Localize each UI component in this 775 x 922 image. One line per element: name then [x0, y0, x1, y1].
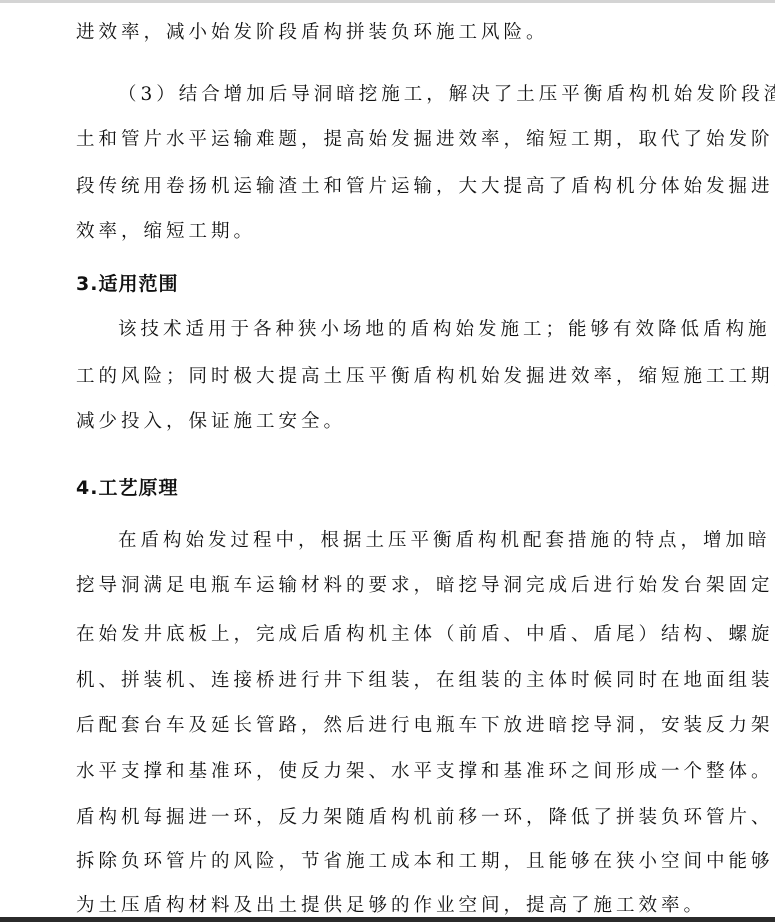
paragraph-line: 在始发井底板上，完成后盾构机主体（前盾、中盾、盾尾）结构、螺旋: [76, 623, 716, 647]
paragraph-line: 进效率，减小始发阶段盾构拼装负环施工风险。: [76, 21, 716, 45]
paragraph-line: 为土压盾构材料及出土提供足够的作业空间，提高了施工效率。: [76, 894, 716, 918]
paragraph-line: 后配套台车及延长管路，然后进行电瓶车下放进暗挖导洞，安装反力架: [76, 714, 716, 738]
paragraph-line: 土和管片水平运输难题，提高始发掘进效率，缩短工期，取代了始发阶: [76, 128, 716, 152]
viewer-bottom-bar: [0, 917, 775, 922]
paragraph-line: 减少投入，保证施工安全。: [76, 410, 716, 434]
section-heading-scope: 3.适用范围: [76, 272, 178, 296]
paragraph-line: 盾构机每掘进一环，反力架随盾构机前移一环，降低了拼装负环管片、: [76, 806, 716, 830]
top-border: [0, 0, 775, 3]
paragraph-line: 效率，缩短工期。: [76, 220, 716, 244]
paragraph-line: （3）结合增加后导洞暗挖施工，解决了土压平衡盾构机始发阶段渣: [118, 83, 758, 107]
paragraph-line: 拆除负环管片的风险，节省施工成本和工期，且能够在狭小空间中能够: [76, 850, 716, 874]
paragraph-line: 挖导洞满足电瓶车运输材料的要求，暗挖导洞完成后进行始发台架固定: [76, 574, 716, 598]
paragraph-line: 工的风险；同时极大提高土压平衡盾构机始发掘进效率，缩短施工工期，: [76, 365, 716, 389]
paragraph-line: 段传统用卷扬机运输渣土和管片运输，大大提高了盾构机分体始发掘进: [76, 175, 716, 199]
paragraph-line: 水平支撑和基准环，使反力架、水平支撑和基准环之间形成一个整体。: [76, 760, 716, 784]
paragraph-line: 在盾构始发过程中，根据土压平衡盾构机配套措施的特点，增加暗: [118, 529, 758, 553]
paragraph-line: 该技术适用于各种狭小场地的盾构始发施工；能够有效降低盾构施: [118, 318, 758, 342]
section-heading-principle: 4.工艺原理: [76, 476, 178, 500]
paragraph-line: 机、拼装机、连接桥进行井下组装，在组装的主体时候同时在地面组装: [76, 669, 716, 693]
